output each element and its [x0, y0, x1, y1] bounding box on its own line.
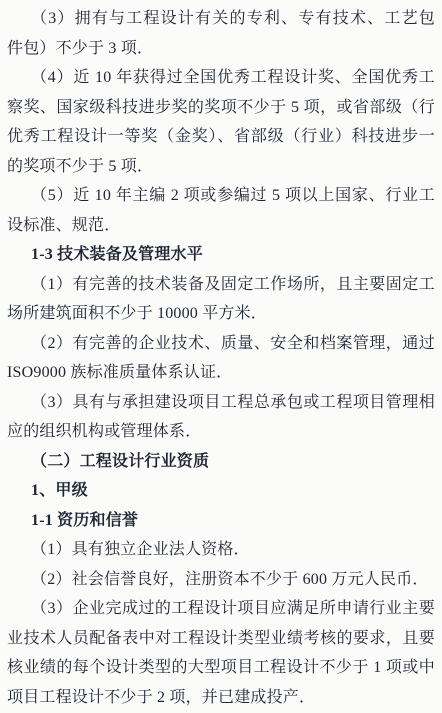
text-line: （3）具有与承担建设项目工程总承包或工程项目管理相适: [7, 388, 435, 418]
text-line: （3）拥有与工程设计有关的专利、专有技术、工艺包（软: [7, 4, 435, 34]
text-line: 1-3 技术装备及管理水平: [7, 240, 435, 270]
text-line: 1-1 资历和信誉: [7, 506, 435, 536]
text-line: （2）有完善的企业技术、质量、安全和档案管理，通过: [7, 329, 435, 359]
text-line: 的奖项不少于 5 项．: [7, 152, 435, 182]
text-line: 项目工程设计不少于 2 项，并已建成投产．: [7, 683, 435, 713]
text-line: （二）工程设计行业资质: [7, 447, 435, 477]
text-line: （4）近 10 年获得过全国优秀工程设计奖、全国优秀工程勘: [7, 63, 435, 93]
text-line: 核业绩的每个设计类型的大型项目工程设计不少于 1 项或中型: [7, 653, 435, 683]
text-line: （5）近 10 年主编 2 项或参编过 5 项以上国家、行业工程建: [7, 181, 435, 211]
text-line: （3）企业完成过的工程设计项目应满足所申请行业主要专: [7, 594, 435, 624]
text-line: 场所建筑面积不少于 10000 平方米．: [7, 299, 435, 329]
text-lines: （3）拥有与工程设计有关的专利、专有技术、工艺包（软件包）不少于 3 项．（4）…: [7, 4, 435, 712]
text-line: 件包）不少于 3 项．: [7, 34, 435, 64]
text-line: （1）具有独立企业法人资格．: [7, 535, 435, 565]
text-line: 优秀工程设计一等奖（金奖）、省部级（行业）科技进步一等奖: [7, 122, 435, 152]
text-line: 1、甲级: [7, 476, 435, 506]
text-line: 应的组织机构或管理体系．: [7, 417, 435, 447]
text-line: 业技术人员配备表中对工程设计类型业绩考核的要求，且要求考: [7, 624, 435, 654]
text-line: 设标准、规范．: [7, 211, 435, 241]
text-line: （1）有完善的技术装备及固定工作场所，且主要固定工作: [7, 270, 435, 300]
document-page: （3）拥有与工程设计有关的专利、专有技术、工艺包（软件包）不少于 3 项．（4）…: [0, 0, 442, 713]
text-line: 察奖、国家级科技进步奖的奖项不少于 5 项，或省部级（行业）: [7, 93, 435, 123]
text-line: ISO9000 族标准质量体系认证．: [7, 358, 435, 388]
text-line: （2）社会信誉良好，注册资本不少于 600 万元人民币．: [7, 565, 435, 595]
